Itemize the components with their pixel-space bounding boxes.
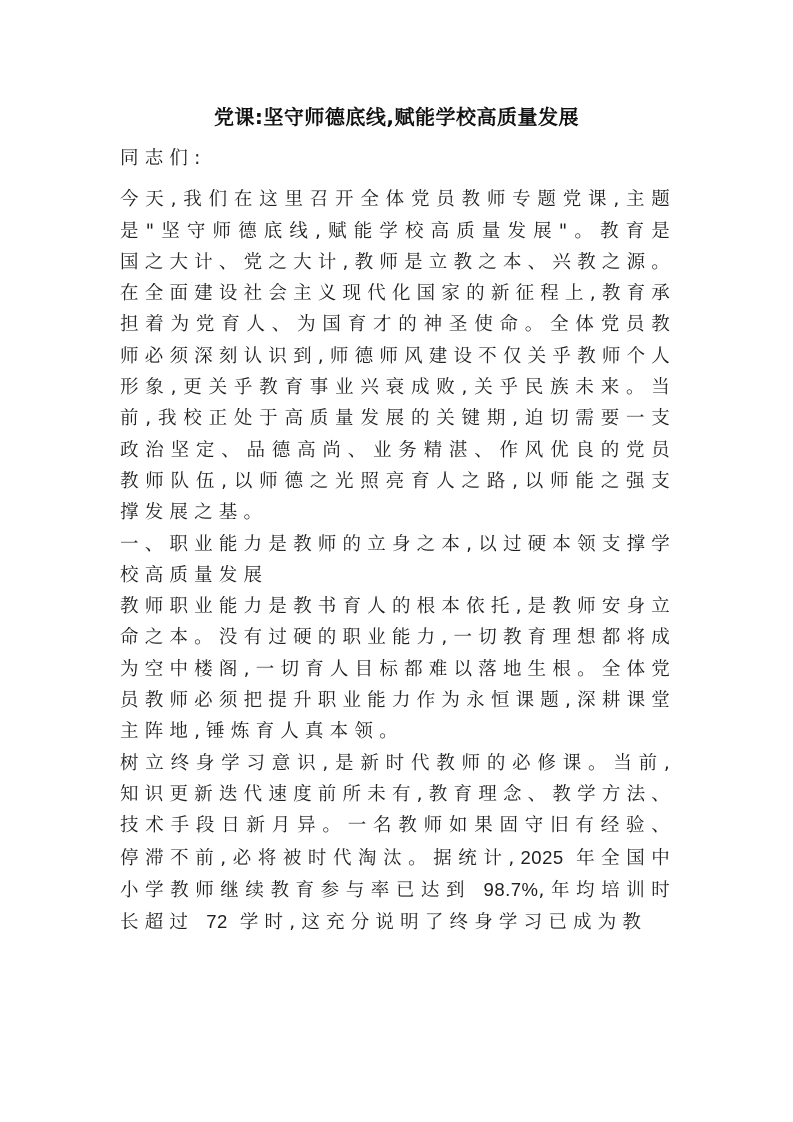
section-heading-1: 一、职业能力是教师的立身之本,以过硬本领支撑学校高质量发展	[120, 529, 676, 592]
greeting: 同志们:	[120, 143, 676, 174]
statistic-year: 2025	[521, 847, 564, 868]
section-1-paragraph-2: 树立终身学习意识,是新时代教师的必修课。当前,知识更新迭代速度前所未有,教育理念…	[120, 748, 676, 939]
document-body: 同志们: 今天,我们在这里召开全体党员教师专题党课,主题是"坚守师德底线,赋能学…	[120, 143, 676, 938]
paragraph-text-segment: 学时,这充分说明了终身学习已成为教	[228, 912, 647, 933]
document-page: 党课:坚守师德底线,赋能学校高质量发展 同志们: 今天,我们在这里召开全体党员教…	[0, 0, 793, 1122]
statistic-training-hours: 72	[206, 911, 228, 932]
document-title: 党课:坚守师德底线,赋能学校高质量发展	[0, 103, 793, 131]
section-1-paragraph-1: 教师职业能力是教书育人的根本依托,是教师安身立命之本。没有过硬的职业能力,一切教…	[120, 591, 676, 747]
intro-paragraph: 今天,我们在这里召开全体党员教师专题党课,主题是"坚守师德底线,赋能学校高质量发…	[120, 184, 676, 528]
statistic-participation-rate: 98.7%	[484, 879, 539, 900]
